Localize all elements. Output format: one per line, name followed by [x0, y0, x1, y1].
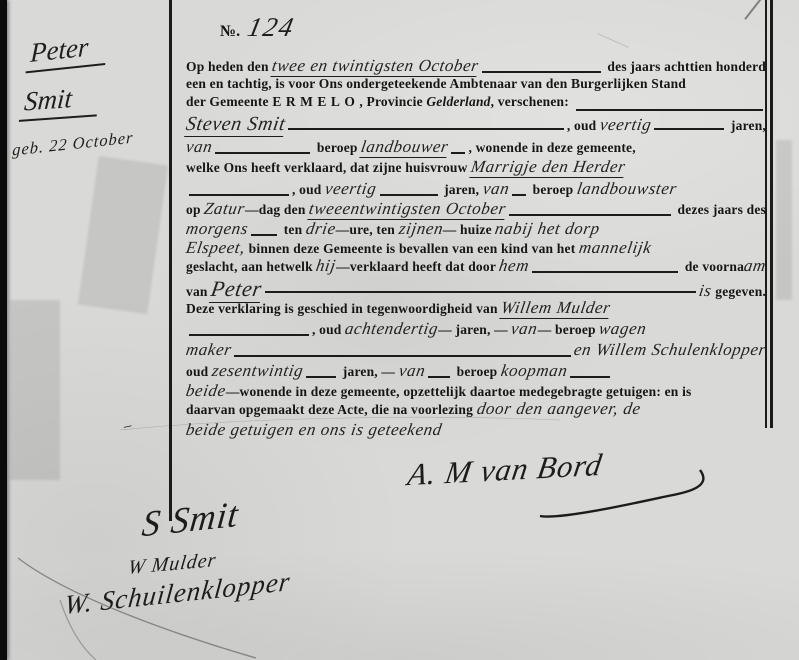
handwritten-text: Steven Smit [184, 113, 287, 137]
margin-divider-line [169, 0, 172, 521]
document-scan: Peter Smit geb. 22 October – №.124 Op he… [0, 0, 799, 660]
printed-text: binnen deze Gemeente is bevallen van een… [245, 241, 579, 257]
body-line: welke Ons heeft verklaard, dat zijne hui… [186, 157, 766, 179]
handwritten-text: mannelijk [577, 238, 653, 258]
printed-text: beroep [453, 364, 501, 380]
blank-rule [482, 71, 601, 73]
right-border-line-outer [770, 0, 773, 428]
handwritten-text: Elspeet, [184, 238, 246, 258]
body-line: van beroep landbouwer, wonende in deze g… [186, 137, 766, 159]
bleed-through-smudge [78, 156, 168, 314]
blank-rule [509, 214, 671, 216]
printed-text: der Gemeente [186, 94, 272, 110]
body-line: beide getuigen en ons is geteekend [186, 420, 766, 442]
handwritten-text: beide [184, 381, 227, 401]
handwritten-text: veertig [598, 115, 653, 135]
printed-text: ten [280, 222, 306, 238]
handwritten-text: van [481, 179, 511, 199]
body-line: oud zesentwintig jaren, — van beroep koo… [186, 361, 766, 383]
printed-text: een en tachtig, is voor Ons ondergeteeke… [186, 76, 686, 92]
handwritten-text: morgens [184, 219, 249, 239]
blank-rule [512, 194, 526, 196]
act-number-label: №. [220, 23, 240, 40]
body-line: Deze verklaring is geschied in tegenwoor… [186, 298, 766, 320]
printed-text: , wonende in deze gemeente, [468, 140, 635, 156]
printed-text: beroep [529, 182, 577, 198]
handwritten-text: Willem Mulder [500, 298, 613, 319]
scratch-mark [597, 33, 628, 48]
blank-rule [288, 128, 563, 130]
blank-rule [306, 376, 336, 378]
printed-text: , oud [312, 322, 345, 338]
printed-text: , oud [292, 182, 325, 198]
scan-edge-strip [0, 0, 7, 660]
handwritten-text: beide getuigen en ons is geteekend [184, 420, 443, 440]
bleed-through-smudge [10, 300, 60, 480]
printed-text: des jaars achttien honderd [604, 59, 766, 75]
blank-rule [532, 271, 678, 273]
margin-child-given-name: Peter [26, 30, 107, 74]
handwritten-text: koopman [499, 361, 569, 381]
printed-text: — jaren, — [438, 322, 511, 338]
handwritten-text: nabij het dorp [494, 219, 602, 239]
printed-text: — beroep [538, 322, 600, 338]
handwritten-text: Zatur [203, 199, 247, 219]
handwritten-text: drie [304, 219, 337, 239]
handwritten-text: wagen [598, 319, 649, 339]
blank-rule [234, 355, 571, 357]
handwritten-text: landbouwster [575, 179, 678, 199]
printed-text: de voorna [681, 259, 744, 275]
body-line: , oud veertig jaren, van beroep landbouw… [186, 179, 766, 201]
printed-text: daarvan opgemaakt deze Acte, die na voor… [186, 402, 477, 418]
blank-rule [380, 194, 438, 196]
blank-rule [251, 234, 277, 236]
printed-text: oud [186, 364, 212, 380]
body-line: , oud achtendertig— jaren, — van— beroep… [186, 319, 766, 341]
signature-declarant: S Smit [140, 493, 241, 546]
printed-text: dezes jaars des [674, 202, 766, 218]
blank-rule [570, 376, 610, 378]
blank-rule [451, 152, 465, 154]
blank-rule [189, 194, 289, 196]
printed-text: Deze verklaring is geschied in tegenwoor… [186, 301, 501, 317]
printed-text: Gelderland [426, 94, 490, 110]
printed-text: Op heden den [186, 59, 272, 75]
body-line: op Zatur—dag den tweeentwintigsten Octob… [186, 199, 766, 221]
handwritten-text: en Willem Schulenklopper [573, 340, 768, 360]
signature-official: A. M van Bord [405, 447, 605, 494]
blank-rule [189, 334, 309, 336]
printed-text: —dag den [245, 202, 309, 218]
blank-rule [428, 376, 450, 378]
printed-text: beroep [313, 140, 361, 156]
handwritten-text: van [184, 137, 214, 157]
printed-text: welke Ons heeft verklaard, dat zijne hui… [186, 160, 471, 176]
body-line: geslacht, aan hetwelk hij—verklaard heef… [186, 256, 766, 278]
blank-rule [215, 152, 310, 154]
body-line: Op heden den twee en twintigsten October… [186, 56, 766, 78]
handwritten-text: zesentwintig [210, 361, 304, 381]
body-line: daarvan opgemaakt deze Acte, die na voor… [186, 399, 766, 421]
body-line: makeren Willem Schulenklopper [186, 340, 766, 362]
blank-rule [265, 291, 696, 293]
printed-text: jaren, — [339, 364, 399, 380]
printed-text: , oud [567, 118, 600, 134]
handwritten-text: achtendertig [344, 319, 440, 339]
printed-text: —wonende in deze gemeente, opzettelijk d… [226, 384, 692, 400]
handwritten-text: veertig [324, 179, 379, 199]
act-number-value: 124 [245, 12, 298, 43]
printed-text: op [186, 202, 204, 218]
printed-text: —verklaard heeft dat door [336, 259, 499, 275]
handwritten-text: zijnen [397, 219, 444, 239]
handwritten-text: Marrigje den Herder [469, 157, 627, 178]
handwritten-text: twee en twintigsten October [271, 56, 481, 77]
handwritten-text: door den aangever, de [475, 399, 642, 419]
handwritten-text: landbouwer [360, 137, 451, 158]
blank-rule [654, 128, 724, 130]
blank-rule [576, 109, 763, 111]
corner-scratch [744, 0, 762, 20]
handwritten-text: hem [498, 256, 531, 276]
handwritten-text: maker [184, 340, 233, 360]
handwritten-text: hij [315, 256, 338, 276]
act-number-block: №.124 [220, 12, 295, 43]
printed-text: ERMELO [272, 94, 359, 110]
printed-text: geslacht, aan hetwelk [186, 259, 316, 275]
margin-dash: – [122, 417, 133, 435]
margin-birth-note: geb. 22 October [12, 128, 134, 161]
printed-text: jaren, [441, 182, 483, 198]
handwritten-text: van [510, 319, 540, 339]
handwritten-text: van [397, 361, 427, 381]
printed-text: , Provincie [359, 94, 426, 110]
printed-text: jaren, [727, 118, 766, 134]
handwritten-text: tweeentwintigsten October [307, 199, 507, 220]
printed-text: —ure, ten [336, 222, 399, 238]
body-line: van Peteris gegeven. [186, 276, 766, 298]
printed-text: — huize [443, 222, 496, 238]
body-line: Steven Smit, oud veertig jaren, [186, 113, 766, 135]
bleed-through-smudge [776, 140, 792, 300]
margin-child-surname: Smit [19, 81, 99, 122]
printed-text: , verschenen: [491, 94, 573, 110]
handwritten-text: am [742, 256, 767, 276]
